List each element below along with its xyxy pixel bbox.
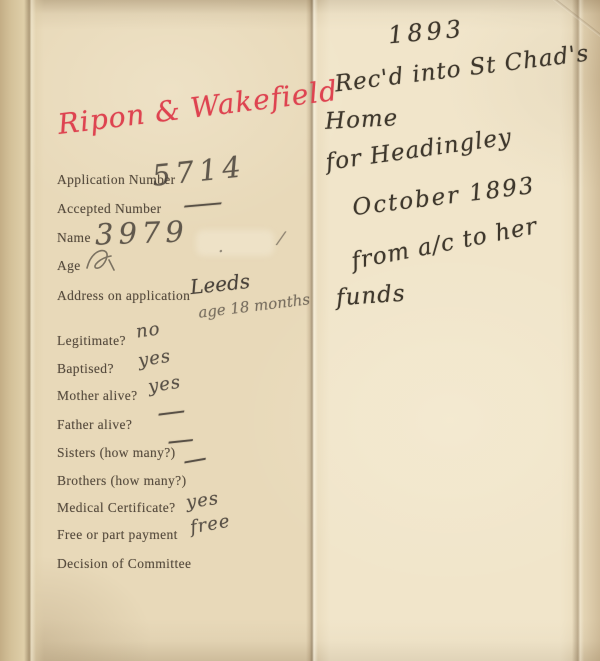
field-label-payment: Free or part payment — [57, 527, 178, 543]
note-line-funds: funds — [335, 281, 406, 312]
field-label-decision: Decision of Committee — [57, 556, 191, 572]
field-value-accepted-number: — — [181, 192, 224, 215]
note-line-year: 1893 — [387, 15, 466, 50]
note-line-date: October 1893 — [351, 173, 537, 221]
field-label-baptised: Baptised? — [57, 361, 114, 377]
field-label-medical-certificate: Medical Certificate? — [57, 500, 176, 516]
note-line-from: from a/c to her — [349, 213, 539, 275]
field-value-sisters: — — [166, 429, 195, 451]
name-trace-mark: / — [277, 228, 286, 250]
case-file-document: Ripon & Wakefield Application Number Acc… — [0, 0, 600, 661]
field-label-name: Name — [57, 230, 91, 246]
field-value-address: Leeds — [189, 269, 251, 299]
note-line-home: Home — [324, 105, 399, 135]
field-label-brothers: Brothers (how many?) — [57, 473, 186, 489]
field-value-baptised: yes — [137, 346, 173, 372]
field-value-father-alive: — — [156, 401, 187, 423]
field-label-father-alive: Father alive? — [57, 417, 132, 433]
age-scribble-mark — [84, 246, 118, 274]
name-trace-mark: . — [218, 236, 224, 257]
note-line-received: Rec'd into St Chad's — [333, 40, 590, 97]
fold-crease-left — [24, 0, 36, 661]
fold-crease-right — [572, 0, 584, 661]
diocese-annotation: Ripon & Wakefield — [56, 74, 340, 141]
field-label-age: Age — [57, 258, 81, 274]
field-value-medical-certificate: yes — [185, 488, 221, 513]
field-value-application-number: 5714 — [150, 149, 247, 193]
field-label-legitimate: Legitimate? — [57, 333, 126, 349]
field-value-mother-alive: yes — [147, 372, 183, 398]
name-redaction-smudge — [196, 230, 274, 256]
field-label-address: Address on application — [57, 288, 190, 304]
field-label-mother-alive: Mother alive? — [57, 388, 138, 404]
field-label-accepted-number: Accepted Number — [57, 201, 162, 217]
field-label-sisters: Sisters (how many?) — [57, 445, 176, 461]
field-value-brothers: — — [181, 448, 208, 471]
field-value-payment: free — [188, 511, 232, 539]
field-value-legitimate: no — [135, 318, 162, 342]
